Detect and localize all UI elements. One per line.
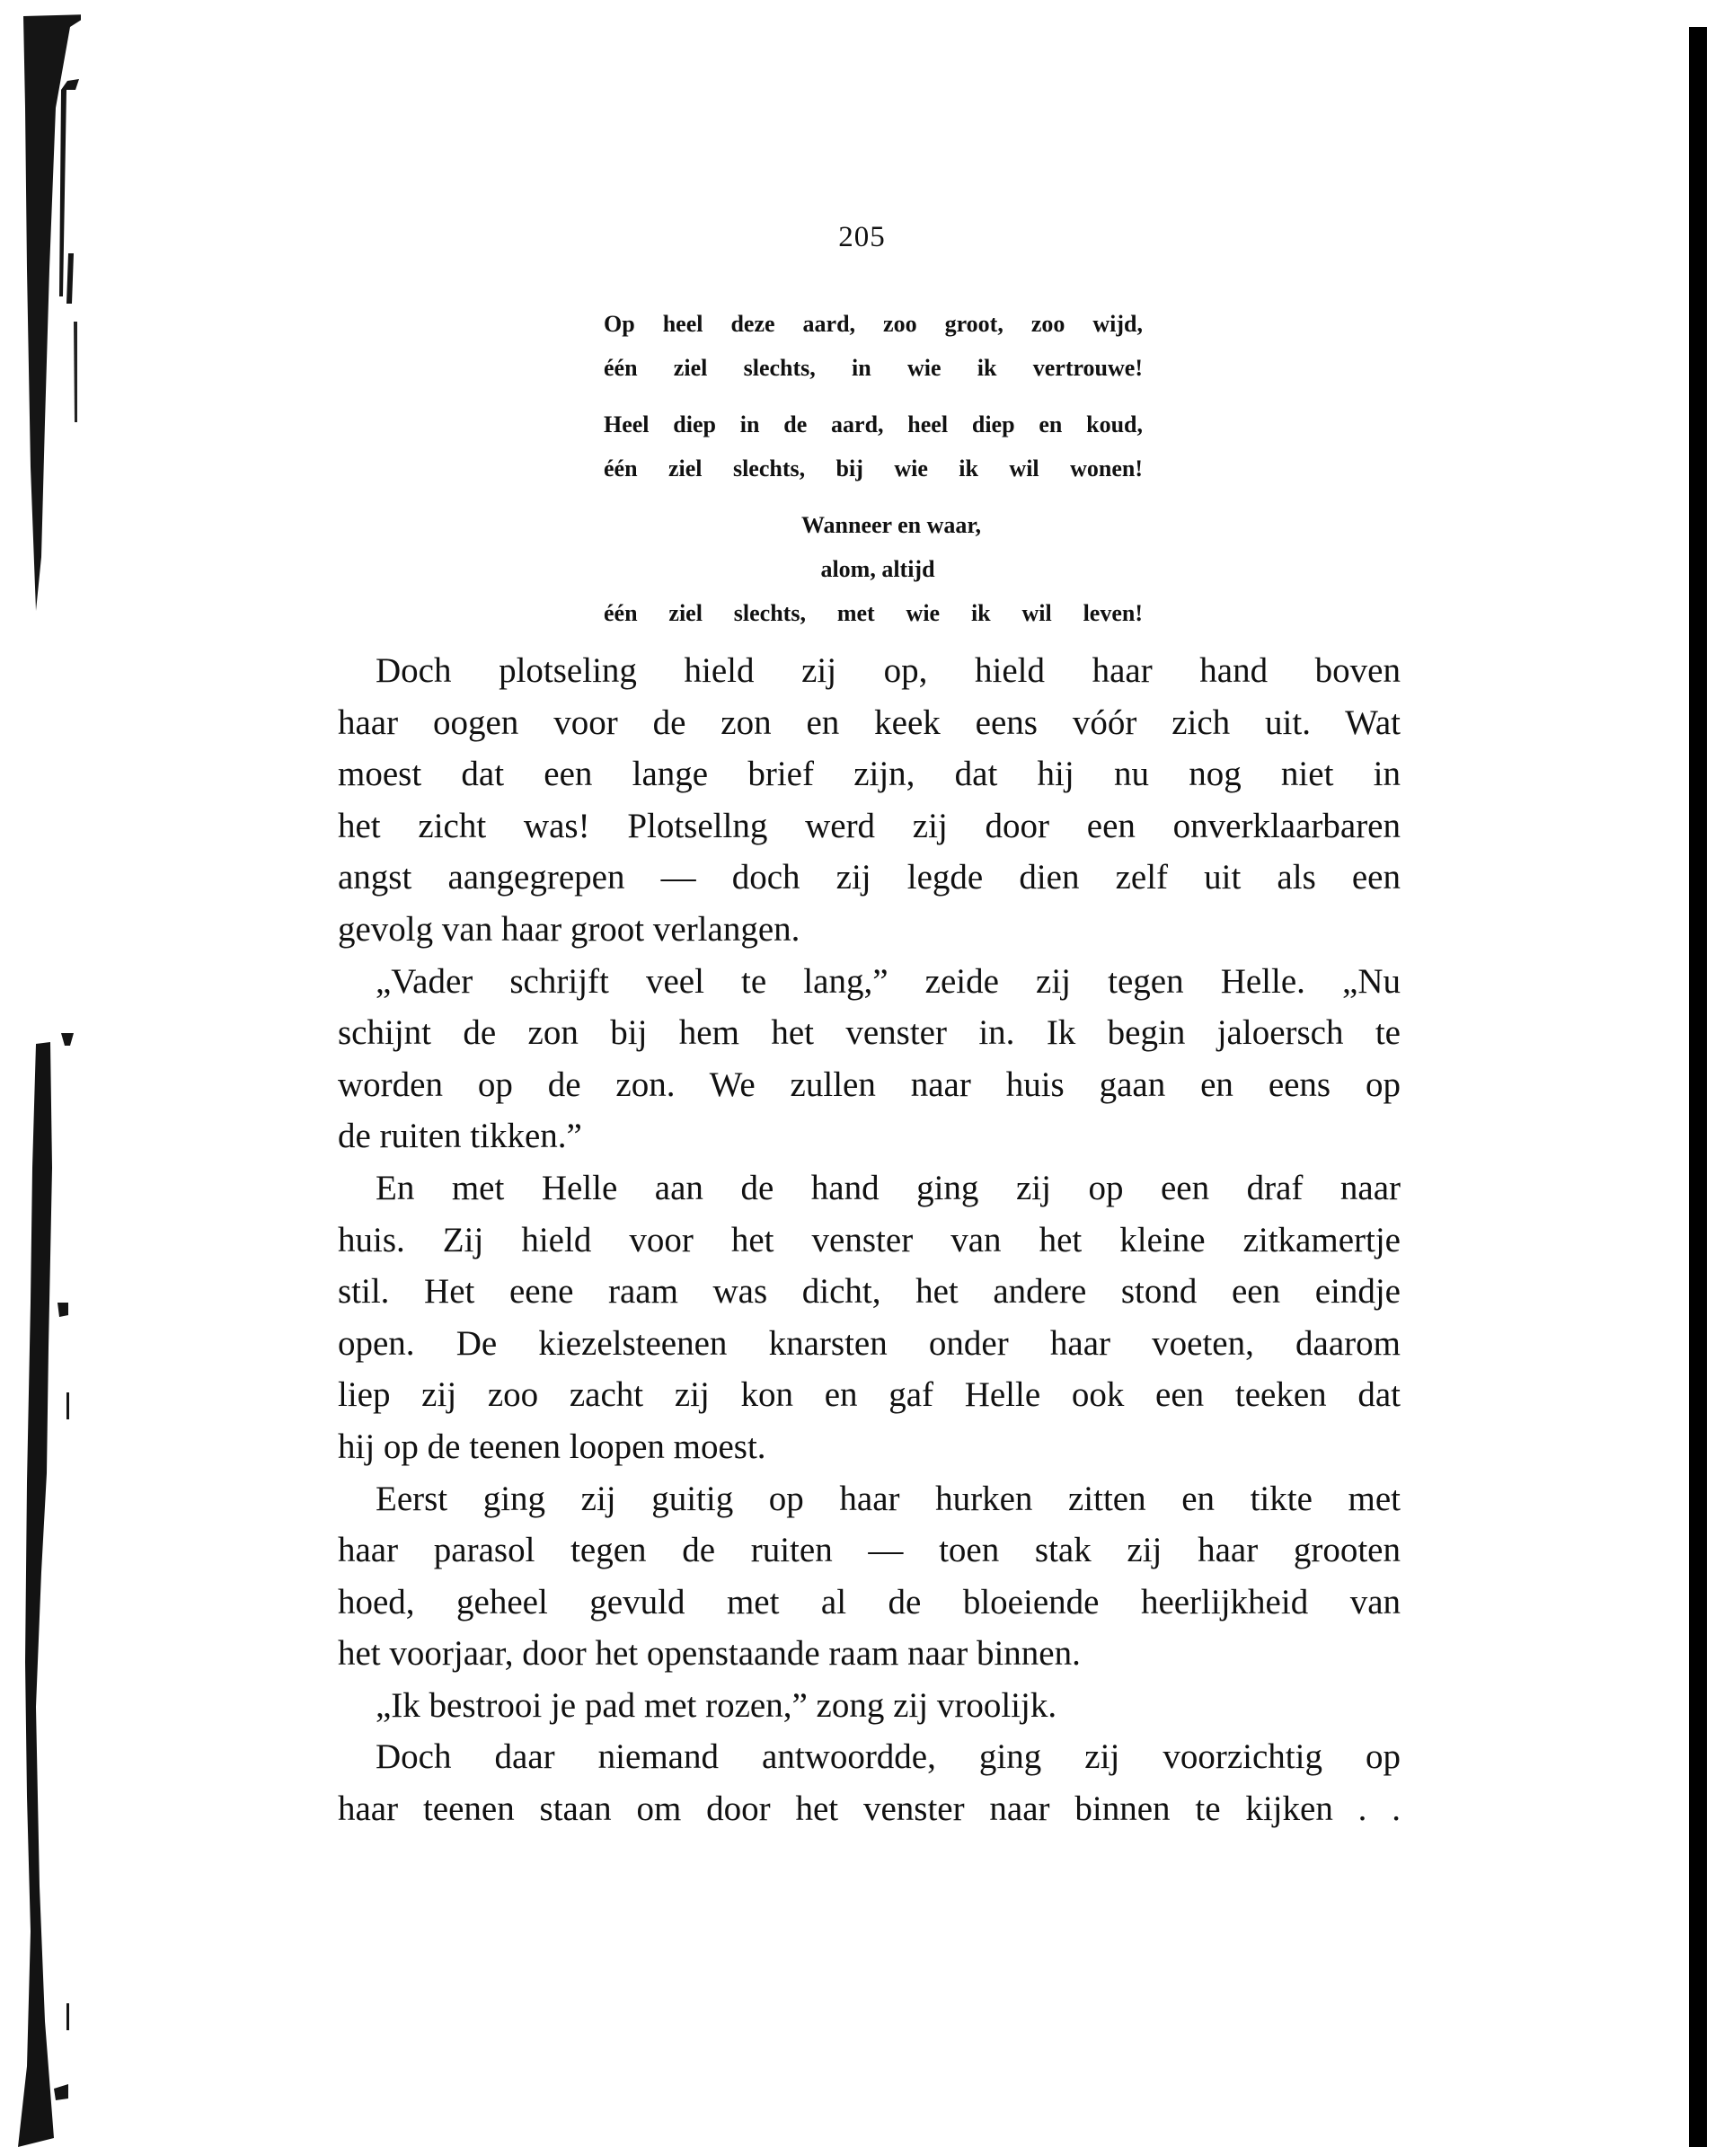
prose-line: open. De kiezelsteenen knarsten onder ha… <box>338 1318 1401 1370</box>
paragraph-4: Eerst ging zij guitig op haar hurken zit… <box>338 1473 1401 1680</box>
prose-line: Doch daar niemand antwoordde, ging zij v… <box>338 1731 1401 1783</box>
prose-line: En met Helle aan de hand ging zij op een… <box>338 1162 1401 1215</box>
paragraph-3: En met Helle aan de hand ging zij op een… <box>338 1162 1401 1473</box>
poem-line: alom, altijd <box>604 547 1143 591</box>
prose-line: „Ik bestrooi je pad met rozen,” zong zij… <box>338 1680 1401 1732</box>
prose-line: het voorjaar, door het openstaande raam … <box>338 1628 1401 1680</box>
prose-line: schijnt de zon bij hem het venster in. I… <box>338 1007 1401 1059</box>
poem-line: Wanneer en waar, <box>604 503 1143 547</box>
paragraph-2: „Vader schrijft veel te lang,” zeide zij… <box>338 956 1401 1162</box>
prose-line: haar teenen staan om door het venster na… <box>338 1783 1401 1835</box>
paragraph-5: „Ik bestrooi je pad met rozen,” zong zij… <box>338 1680 1401 1732</box>
poem-stanza-3: Wanneer en waar, alom, altijd één ziel s… <box>604 503 1143 635</box>
prose-line: „Vader schrijft veel te lang,” zeide zij… <box>338 956 1401 1008</box>
poem-line: Heel diep in de aard, heel diep en koud, <box>604 402 1143 446</box>
prose-line: hoed, geheel gevuld met al de bloeiende … <box>338 1577 1401 1629</box>
poem-line: Op heel deze aard, zoo groot, zoo wijd, <box>604 302 1143 346</box>
prose-line: hij op de teenen loopen moest. <box>338 1421 1401 1473</box>
prose-line: worden op de zon. We zullen naar huis ga… <box>338 1059 1401 1111</box>
prose-line: gevolg van haar groot verlangen. <box>338 904 1401 956</box>
prose-line: de ruiten tikken.” <box>338 1110 1401 1162</box>
poem-stanza-1: Op heel deze aard, zoo groot, zoo wijd, … <box>604 302 1143 390</box>
prose-line: Eerst ging zij guitig op haar hurken zit… <box>338 1473 1401 1525</box>
page-number: 205 <box>0 221 1724 254</box>
poem: Op heel deze aard, zoo groot, zoo wijd, … <box>604 302 1143 648</box>
scan-edge-left <box>0 0 81 2156</box>
prose-line: haar parasol tegen de ruiten — toen stak… <box>338 1524 1401 1577</box>
poem-stanza-2: Heel diep in de aard, heel diep en koud,… <box>604 402 1143 490</box>
prose-line: haar oogen voor de zon en keek eens vóór… <box>338 697 1401 749</box>
prose-line: moest dat een lange brief zijn, dat hij … <box>338 748 1401 800</box>
paragraph-1: Doch plotseling hield zij op, hield haar… <box>338 645 1401 956</box>
paragraph-6: Doch daar niemand antwoordde, ging zij v… <box>338 1731 1401 1834</box>
prose-line: liep zij zoo zacht zij kon en gaf Helle … <box>338 1369 1401 1421</box>
prose-line: angst aangegrepen — doch zij legde dien … <box>338 852 1401 904</box>
prose-line: huis. Zij hield voor het venster van het… <box>338 1215 1401 1267</box>
prose-line: het zicht was! Plotsellng werd zij door … <box>338 800 1401 853</box>
prose-line: Doch plotseling hield zij op, hield haar… <box>338 645 1401 697</box>
prose-body: Doch plotseling hield zij op, hield haar… <box>338 645 1401 1835</box>
poem-line: één ziel slechts, in wie ik vertrouwe! <box>604 346 1143 390</box>
poem-line: één ziel slechts, bij wie ik wil wonen! <box>604 446 1143 490</box>
poem-line: één ziel slechts, met wie ik wil leven! <box>604 591 1143 635</box>
scan-edge-right <box>1689 27 1707 2147</box>
prose-line: stil. Het eene raam was dicht, het ander… <box>338 1266 1401 1318</box>
